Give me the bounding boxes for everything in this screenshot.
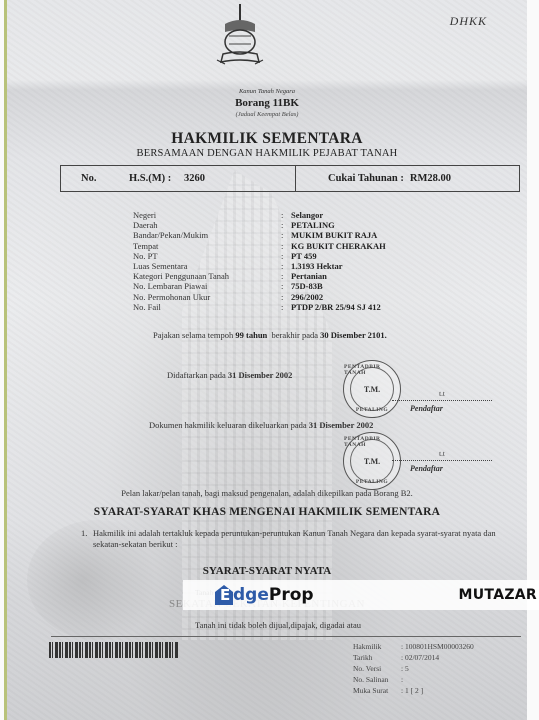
state-crest-icon bbox=[205, 2, 275, 72]
no-label: No. bbox=[81, 173, 129, 184]
detail-row: Luas Sementara:1.3193 Hektar bbox=[133, 261, 386, 271]
agency-name: MUTAZAR bbox=[459, 587, 537, 603]
registration-date: 31 Disember 2002 bbox=[228, 370, 293, 380]
express-conditions-title: SYARAT-SYARAT NYATA bbox=[7, 565, 527, 577]
form-number: Borang 11BK bbox=[7, 97, 527, 109]
registrar-signature-line: t.t bbox=[392, 450, 492, 461]
lease-term: 99 tahun bbox=[235, 330, 267, 340]
tax-label: Cukai Tahunan : bbox=[328, 173, 404, 184]
land-office-stamp: PENTADBIR TANAH T.M. PETALING bbox=[343, 432, 401, 490]
special-conditions-title: SYARAT-SYARAT KHAS MENGENAI HAKMILIK SEM… bbox=[7, 506, 527, 518]
registrar-label: Pendaftar bbox=[410, 404, 443, 413]
edgeprop-logo: E dge Prop bbox=[215, 585, 314, 605]
detail-row: No. PT:PT 459 bbox=[133, 251, 386, 261]
detail-row: No. Fail:PTDP 2/BR 25/94 SJ 412 bbox=[133, 302, 386, 312]
detail-row: Kategori Penggunaan Tanah:Pertanian bbox=[133, 271, 386, 281]
land-title-document: DHKK Kanun Tanah Negara Borang 11BK (Jad… bbox=[4, 0, 527, 720]
metadata-row: No. Versi: 5 bbox=[353, 663, 474, 674]
issue-date: 31 Disember 2002 bbox=[309, 420, 374, 430]
title-metadata: Hakmilik: 100801HSM00003260 Tarikh: 02/0… bbox=[353, 641, 474, 696]
metadata-row: No. Salinan: bbox=[353, 674, 474, 685]
registrar-label: Pendaftar bbox=[410, 464, 443, 473]
lease-statement: Pajakan selama tempoh 99 tahun berakhir … bbox=[153, 330, 387, 340]
title-number-cell: No. H.S.(M) : 3260 bbox=[61, 166, 296, 191]
act-name: Kanun Tanah Negara bbox=[7, 88, 527, 95]
document-code: DHKK bbox=[450, 14, 487, 29]
registration-date-line: Didaftarkan pada 31 Disember 2002 bbox=[167, 370, 292, 380]
tax-value: RM28.00 bbox=[410, 173, 451, 184]
detail-row: Tempat:KG BUKIT CHERAKAH bbox=[133, 241, 386, 251]
hs-label: H.S.(M) : bbox=[129, 173, 184, 184]
schedule-label: (Jadual Keempat Belas) bbox=[7, 111, 527, 118]
property-details: Negeri:Selangor Daerah:PETALING Bandar/P… bbox=[133, 210, 386, 312]
plan-note: Pelan lakar/pelan tanah, bagi maksud pen… bbox=[7, 488, 527, 498]
metadata-row: Muka Surat: 1 [ 2 ] bbox=[353, 685, 474, 696]
land-office-stamp: PENTADBIR TANAH T.M. PETALING bbox=[343, 360, 401, 418]
listing-watermark: E dge Prop MUTAZAR bbox=[183, 580, 539, 610]
registrar-signature-line: t.t bbox=[392, 390, 492, 401]
detail-row: Bandar/Pekan/Mukim:MUKIM BUKIT RAJA bbox=[133, 230, 386, 240]
metadata-row: Tarikh: 02/07/2014 bbox=[353, 652, 474, 663]
detail-row: No. Lembaran Piawai:75D-83B bbox=[133, 281, 386, 291]
detail-row: No. Permohonan Ukur:296/2002 bbox=[133, 292, 386, 302]
restrictions-text: Tanah ini tidak boleh dijual,dipajak, di… bbox=[195, 620, 361, 630]
barcode bbox=[49, 642, 179, 658]
metadata-row: Hakmilik: 100801HSM00003260 bbox=[353, 641, 474, 652]
title-id-box: No. H.S.(M) : 3260 Cukai Tahunan : RM28.… bbox=[60, 165, 520, 192]
detail-row: Daerah:PETALING bbox=[133, 220, 386, 230]
footer-divider bbox=[51, 636, 521, 637]
issue-date-line: Dokumen hakmilik keluaran dikeluarkan pa… bbox=[149, 420, 373, 430]
lease-end-date: 30 Disember 2101. bbox=[320, 330, 387, 340]
document-title: HAKMILIK SEMENTARA bbox=[7, 130, 527, 148]
condition-item: 1. Hakmilik ini adalah tertakluk kepada … bbox=[93, 528, 518, 550]
hs-value: 3260 bbox=[184, 173, 205, 184]
document-subtitle: BERSAMAAN DENGAN HAKMILIK PEJABAT TANAH bbox=[7, 148, 527, 159]
detail-row: Negeri:Selangor bbox=[133, 210, 386, 220]
annual-tax-cell: Cukai Tahunan : RM28.00 bbox=[296, 166, 519, 191]
